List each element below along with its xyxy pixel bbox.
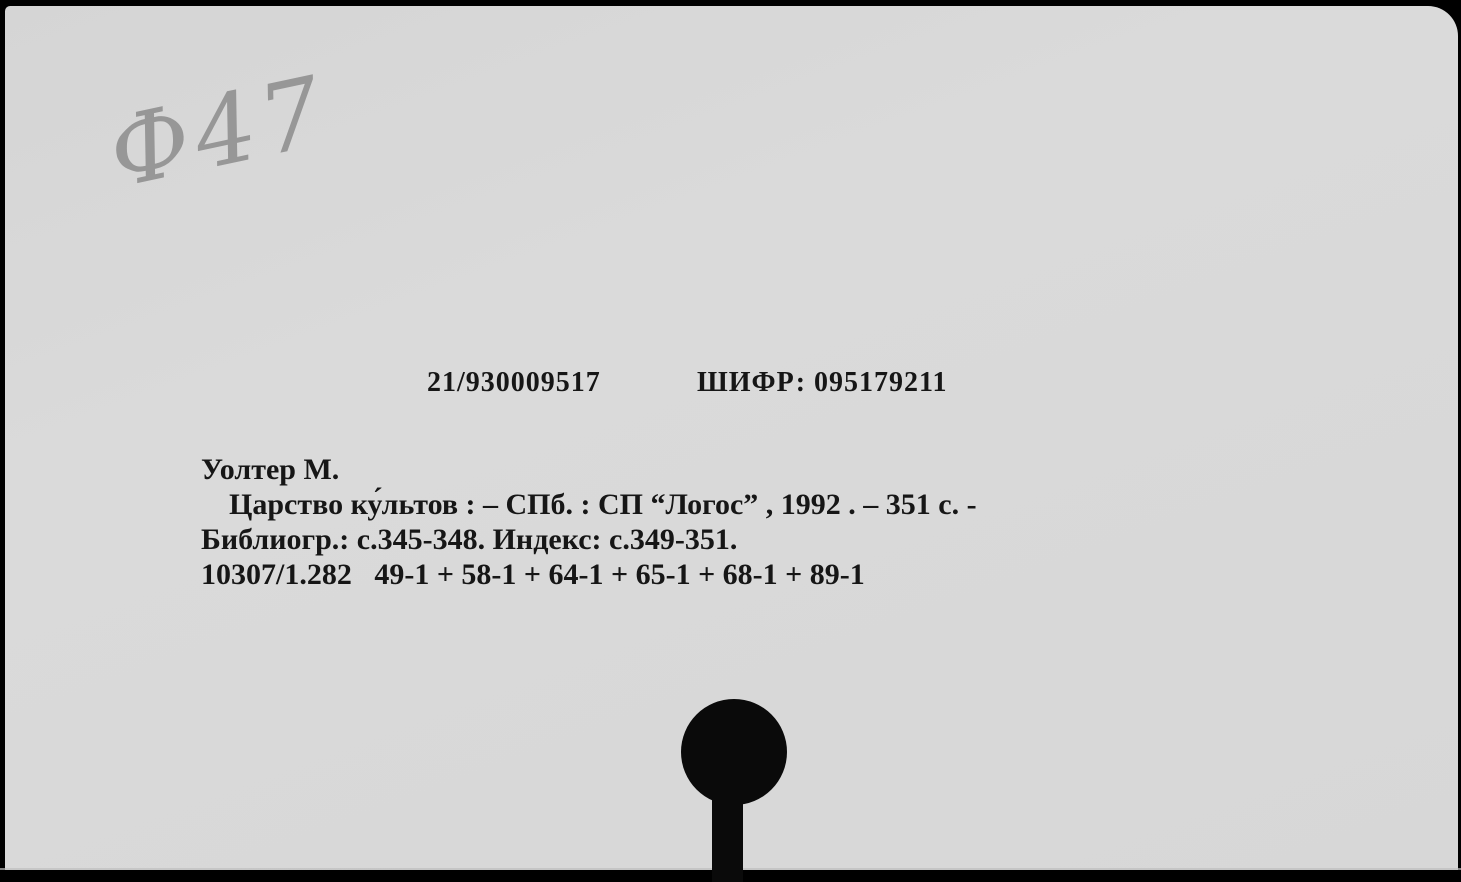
punch-hole-stem <box>712 788 743 882</box>
title-line: Царство ку́льтов : – СПб. : СП “Логос” ,… <box>201 487 1351 522</box>
handwritten-classmark: Ф47 <box>101 62 336 202</box>
card-header-line: 21/930009517 ШИФР: 095179211 <box>5 366 1458 400</box>
bibliography-line: Библиогр.: с.345-348. Индекс: с.349-351. <box>201 522 1351 557</box>
scanned-catalog-card-page: Ф47 21/930009517 ШИФР: 095179211 Уолтер … <box>0 0 1461 882</box>
bibliographic-entry: Уолтер М. Царство ку́льтов : – СПб. : СП… <box>201 452 1351 592</box>
cipher-number: ШИФР: 095179211 <box>697 366 948 400</box>
inventory-line: 10307/1.282 49-1 + 58-1 + 64-1 + 65-1 + … <box>201 557 1351 592</box>
author-line: Уолтер М. <box>201 452 1351 487</box>
accession-number: 21/930009517 <box>427 366 601 400</box>
